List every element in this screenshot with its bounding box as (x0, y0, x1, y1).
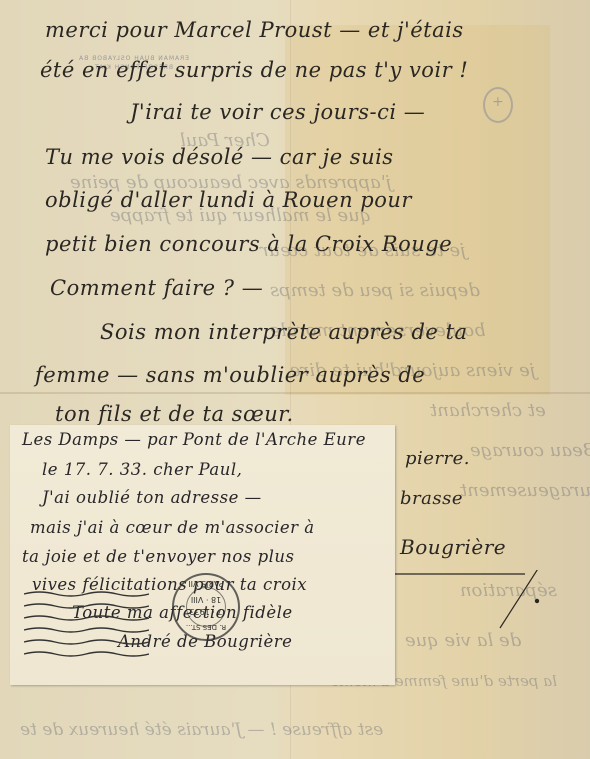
letter-signature-fragment: Bougrière (400, 535, 506, 559)
ghost-line: depuis si peu de temps (270, 280, 480, 301)
card-line: J'ai oublié ton adresse — (42, 488, 262, 507)
cancellation-wave-icon (24, 650, 149, 658)
letter-line: Tu me vois désolé — car je suis (45, 145, 394, 169)
card-line: mais j'ai à cœur de m'associer à (30, 518, 315, 537)
ghost-line: et cherchant (430, 400, 546, 421)
letter-margin-word: brasse (400, 488, 463, 509)
letter-margin-word: pierre. (405, 448, 470, 469)
postcard: Les Damps — par Pont de l'Arche Eure le … (10, 425, 395, 685)
card-line: ta joie et de t'envoyer nos plus (22, 547, 295, 566)
letter-line: merci pour Marcel Proust — et j'étais (45, 18, 464, 42)
ghost-line: Beau courage (470, 440, 590, 461)
letter-line: obligé d'aller lundi à Rouen pour (45, 188, 412, 212)
cancellation-wave-icon (24, 626, 149, 634)
letter-line: petit bien concours à la Croix Rouge (45, 232, 452, 256)
ghost-line: de la vie que (405, 630, 521, 651)
letter-line: J'irai te voir ces jours-ci — (130, 100, 425, 124)
postmark-street: R. DES ST... (174, 623, 238, 631)
postmark-time: 18 · VIII (174, 595, 238, 604)
postmark-stamp-icon: PARIS VII 18 · VIII 7 · 1933 R. DES ST..… (172, 573, 240, 641)
letter-line: femme — sans m'oublier auprès de (35, 363, 425, 387)
postmark-city: PARIS VII (174, 579, 238, 588)
letter-line: Comment faire ? — (50, 276, 263, 300)
cancellation-wave-icon (24, 638, 149, 646)
crest-emblem-icon (483, 87, 513, 123)
ghost-line: est affreuse ! — J'aurais été heureux de… (20, 720, 383, 740)
signature-flourish-icon (395, 570, 555, 630)
cancellation-wave-icon (24, 602, 149, 610)
letter-line: ton fils et de ta sœur. (55, 402, 294, 426)
cancellation-wave-icon (24, 590, 149, 598)
card-line-address: Les Damps — par Pont de l'Arche Eure (22, 430, 366, 449)
cancellation-wave-icon (24, 614, 149, 622)
letter-line: été en effet surpris de ne pas t'y voir … (40, 58, 468, 82)
ghost-line: courageusement (460, 480, 590, 501)
postmark-date: 7 · 1933 (174, 607, 238, 616)
letter-line: Sois mon interprète auprès de ta (100, 320, 467, 344)
paper-fold-horizontal (0, 392, 590, 394)
card-line-date: le 17. 7. 33. cher Paul, (42, 460, 242, 479)
